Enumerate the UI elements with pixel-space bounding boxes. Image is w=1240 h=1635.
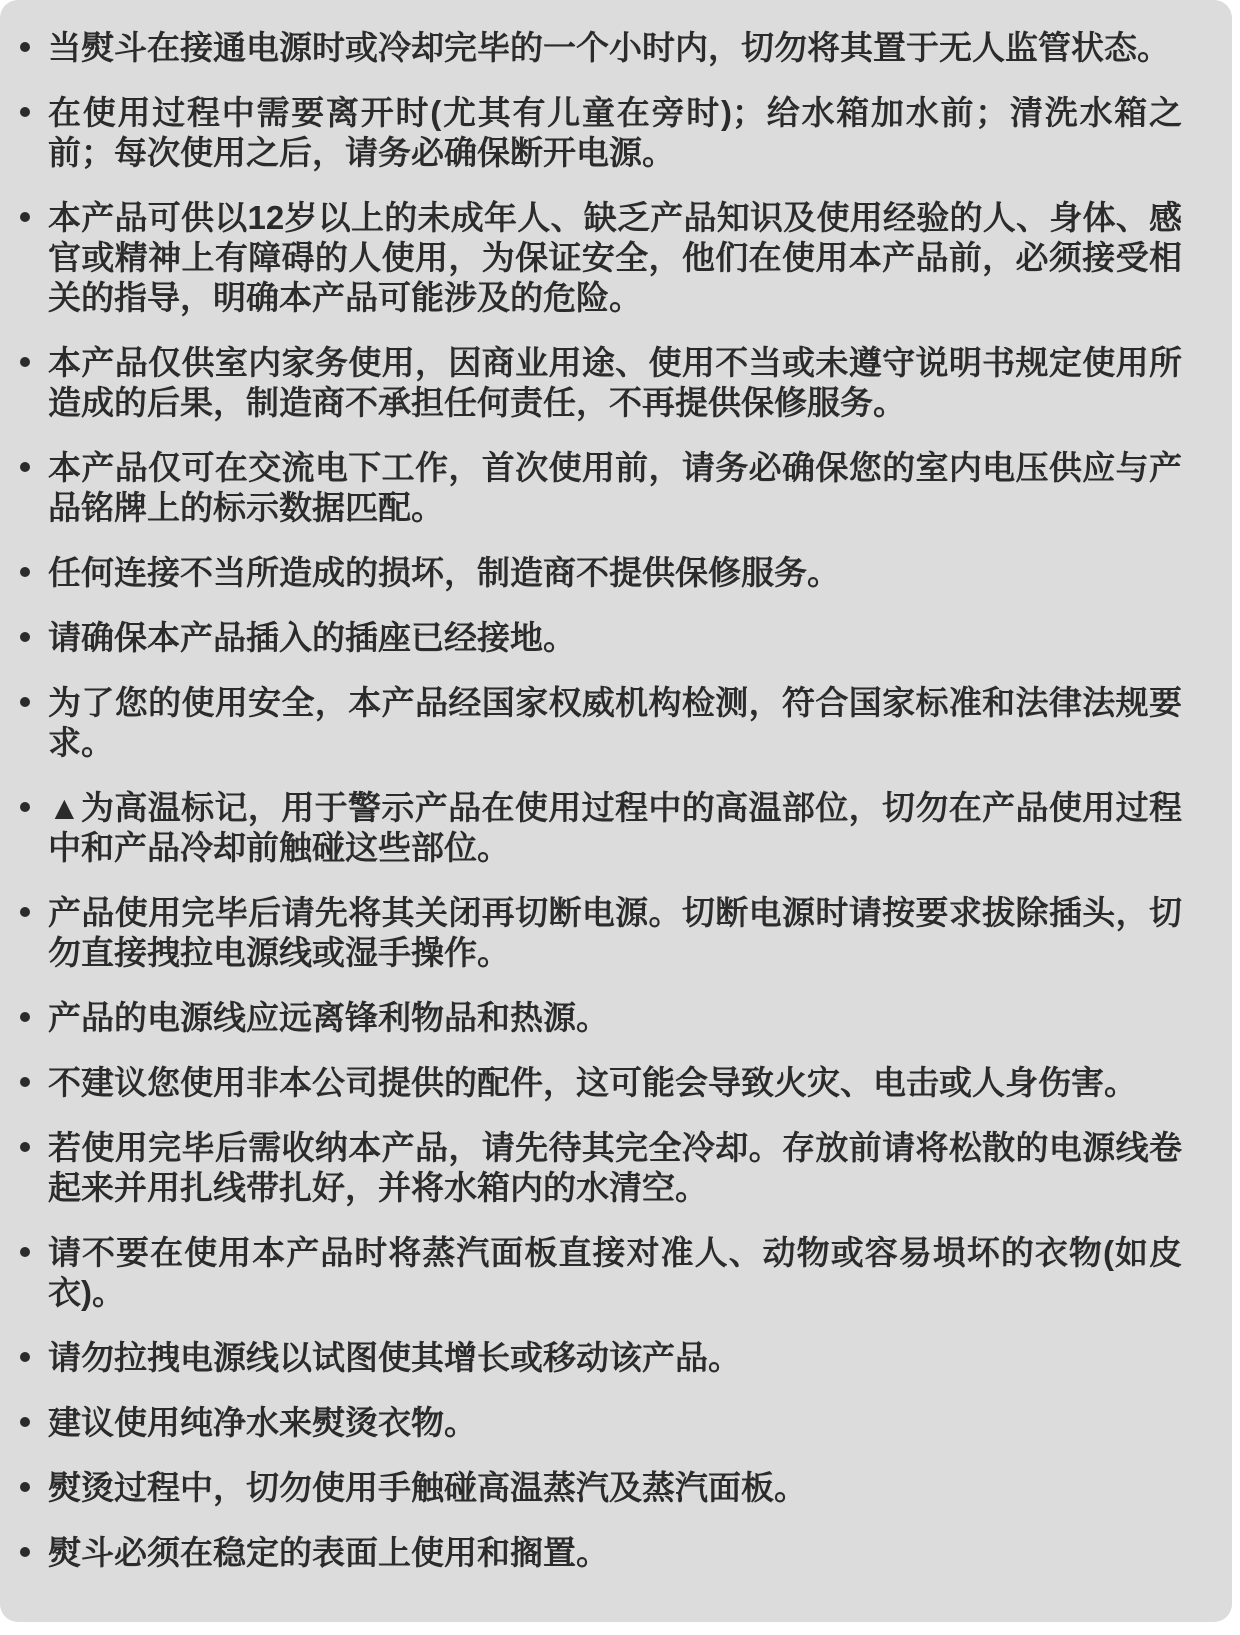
bullet-dot-icon (20, 107, 30, 117)
bullet-dot-icon (20, 462, 30, 472)
bullet-dot-icon (20, 1352, 30, 1362)
warning-text: 请确保本产品插入的插座已经接地。 (48, 619, 576, 656)
warning-item: 产品的电源线应远离锋利物品和热源。 (20, 998, 1182, 1038)
warning-text: 产品使用完毕后请先将其关闭再切断电源。切断电源时请按要求拔除插头，切勿直接拽拉电… (48, 894, 1182, 971)
warning-text: 熨烫过程中，切勿使用手触碰高温蒸汽及蒸汽面板。 (48, 1469, 807, 1506)
manual-page: 当熨斗在接通电源时或冷却完毕的一个小时内，切勿将其置于无人监管状态。在使用过程中… (0, 0, 1240, 1635)
warning-item: 熨斗必须在稳定的表面上使用和搁置。 (20, 1533, 1182, 1573)
warning-item: 若使用完毕后需收纳本产品，请先待其完全冷却。存放前请将松散的电源线卷起来并用扎线… (20, 1128, 1182, 1208)
warning-item: 在使用过程中需要离开时(尤其有儿童在旁时)；给水箱加水前；清洗水箱之前；每次使用… (20, 93, 1182, 173)
warning-text: 熨斗必须在稳定的表面上使用和搁置。 (48, 1534, 609, 1571)
bullet-dot-icon (20, 357, 30, 367)
warning-item: 熨烫过程中，切勿使用手触碰高温蒸汽及蒸汽面板。 (20, 1468, 1182, 1508)
warning-text: 本产品可供以12岁以上的未成年人、缺乏产品知识及使用经验的人、身体、感官或精神上… (48, 199, 1182, 316)
bullet-dot-icon (20, 1142, 30, 1152)
bullet-dot-icon (20, 567, 30, 577)
warning-item: 本产品仅可在交流电下工作，首次使用前，请务必确保您的室内电压供应与产品铭牌上的标… (20, 448, 1182, 528)
warning-text: 请不要在使用本产品时将蒸汽面板直接对准人、动物或容易埙坏的衣物(如皮衣)。 (48, 1234, 1182, 1311)
bullet-dot-icon (20, 1482, 30, 1492)
warning-text: 本产品仅供室内家务使用，因商业用途、使用不当或未遵守说明书规定使用所造成的后果，… (48, 344, 1182, 421)
bullet-dot-icon (20, 1417, 30, 1427)
safety-notes-panel: 当熨斗在接通电源时或冷却完毕的一个小时内，切勿将其置于无人监管状态。在使用过程中… (0, 0, 1232, 1622)
warning-text: 本产品仅可在交流电下工作，首次使用前，请务必确保您的室内电压供应与产品铭牌上的标… (48, 449, 1182, 526)
bullet-dot-icon (20, 42, 30, 52)
warning-item: 请不要在使用本产品时将蒸汽面板直接对准人、动物或容易埙坏的衣物(如皮衣)。 (20, 1233, 1182, 1313)
warning-text: 产品的电源线应远离锋利物品和热源。 (48, 999, 609, 1036)
warning-item: 当熨斗在接通电源时或冷却完毕的一个小时内，切勿将其置于无人监管状态。 (20, 28, 1182, 68)
warning-item: 本产品可供以12岁以上的未成年人、缺乏产品知识及使用经验的人、身体、感官或精神上… (20, 198, 1182, 318)
bullet-dot-icon (20, 1247, 30, 1257)
warning-item: 本产品仅供室内家务使用，因商业用途、使用不当或未遵守说明书规定使用所造成的后果，… (20, 343, 1182, 423)
bullet-dot-icon (20, 1012, 30, 1022)
bullet-dot-icon (20, 212, 30, 222)
bullet-dot-icon (20, 697, 30, 707)
bullet-dot-icon (20, 1547, 30, 1557)
warning-item: 建议使用纯净水来熨烫衣物。 (20, 1403, 1182, 1443)
warning-text: 不建议您使用非本公司提供的配件，这可能会导致火灾、电击或人身伤害。 (48, 1064, 1137, 1101)
warning-item: 不建议您使用非本公司提供的配件，这可能会导致火灾、电击或人身伤害。 (20, 1063, 1182, 1103)
warning-text: 在使用过程中需要离开时(尤其有儿童在旁时)；给水箱加水前；清洗水箱之前；每次使用… (48, 94, 1182, 171)
warning-text: 建议使用纯净水来熨烫衣物。 (48, 1404, 477, 1441)
warning-text: 当熨斗在接通电源时或冷却完毕的一个小时内，切勿将其置于无人监管状态。 (48, 29, 1170, 66)
warning-text: 请勿拉拽电源线以试图使其增长或移动该产品。 (48, 1339, 741, 1376)
bullet-dot-icon (20, 907, 30, 917)
warning-text: 为了您的使用安全，本产品经国家权威机构检测，符合国家标准和法律法规要求。 (48, 684, 1182, 761)
warning-text: ▲为高温标记，用于警示产品在使用过程中的高温部位，切勿在产品使用过程中和产品冷却… (48, 789, 1182, 866)
bullet-dot-icon (20, 1077, 30, 1087)
warning-item: ▲为高温标记，用于警示产品在使用过程中的高温部位，切勿在产品使用过程中和产品冷却… (20, 788, 1182, 868)
warning-text: 若使用完毕后需收纳本产品，请先待其完全冷却。存放前请将松散的电源线卷起来并用扎线… (48, 1129, 1182, 1206)
warning-item: 为了您的使用安全，本产品经国家权威机构检测，符合国家标准和法律法规要求。 (20, 683, 1182, 763)
warning-item: 请确保本产品插入的插座已经接地。 (20, 618, 1182, 658)
warning-text: 任何连接不当所造成的损坏，制造商不提供保修服务。 (48, 554, 840, 591)
safety-warning-list: 当熨斗在接通电源时或冷却完毕的一个小时内，切勿将其置于无人监管状态。在使用过程中… (20, 28, 1182, 1573)
bullet-dot-icon (20, 632, 30, 642)
warning-item: 任何连接不当所造成的损坏，制造商不提供保修服务。 (20, 553, 1182, 593)
warning-item: 请勿拉拽电源线以试图使其增长或移动该产品。 (20, 1338, 1182, 1378)
warning-item: 产品使用完毕后请先将其关闭再切断电源。切断电源时请按要求拔除插头，切勿直接拽拉电… (20, 893, 1182, 973)
bullet-dot-icon (20, 802, 30, 812)
